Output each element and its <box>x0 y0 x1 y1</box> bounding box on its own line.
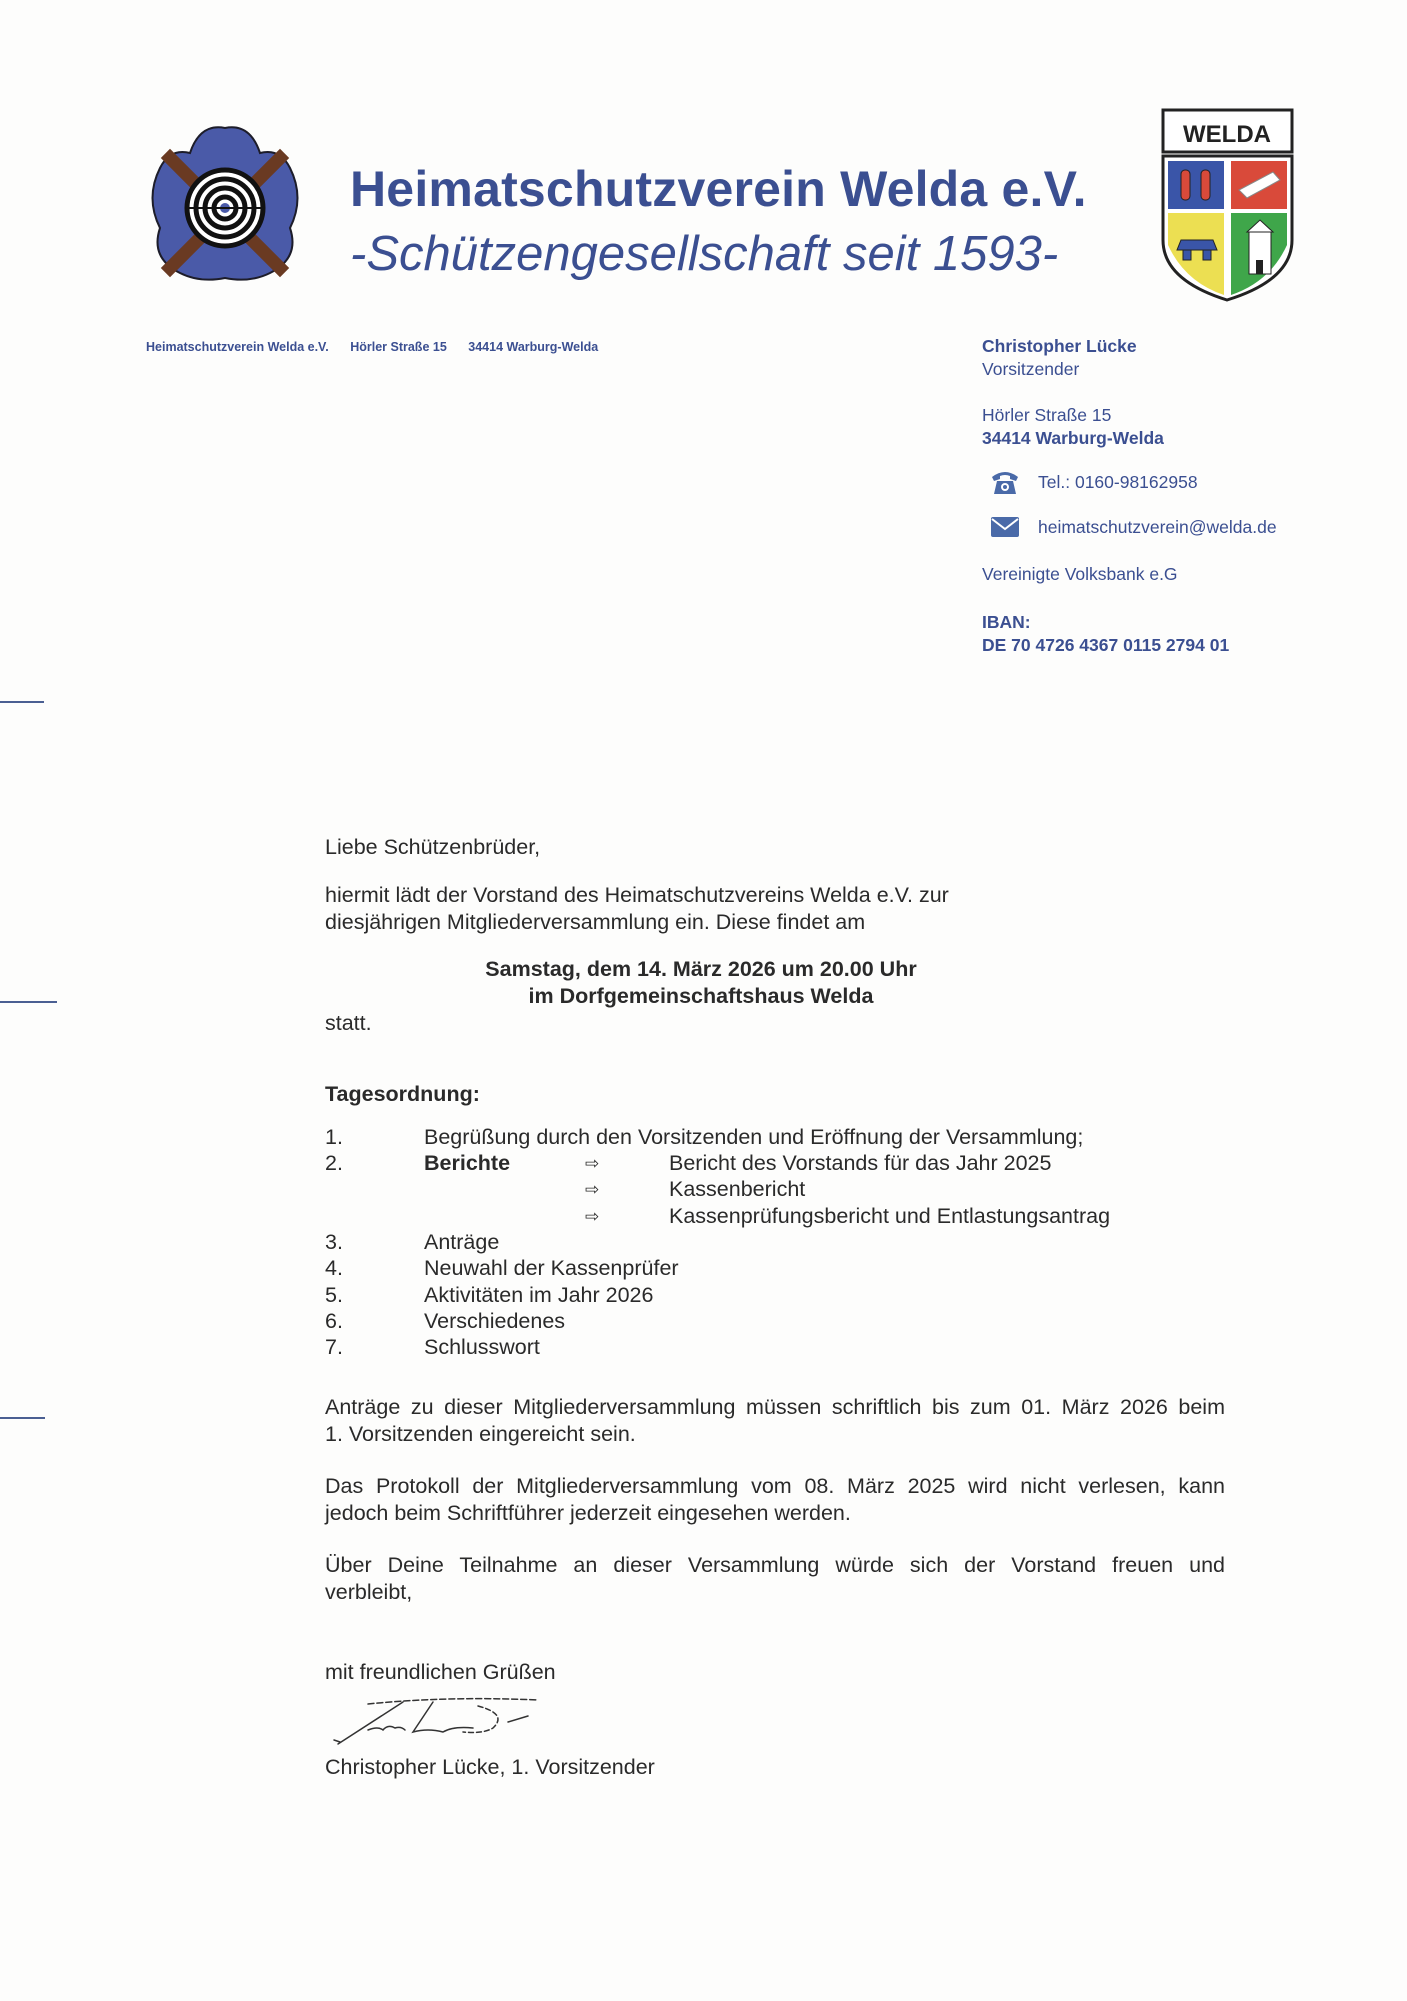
agenda-item: Anträge <box>424 1230 499 1255</box>
club-logo-icon <box>140 118 310 286</box>
paragraph-protocol-line-1: Das Protokoll der Mitgliederversammlung … <box>325 1474 1225 1499</box>
agenda-number: 2. <box>325 1151 343 1176</box>
agenda-subitem: Bericht des Vorstands für das Jahr 2025 <box>669 1151 1051 1176</box>
agenda-subitem: Kassenprüfungsbericht und Entlastungsant… <box>669 1204 1110 1229</box>
club-subtitle: -Schützengesellschaft seit 1593- <box>350 226 1058 282</box>
signature-icon <box>328 1692 548 1748</box>
fold-mark <box>0 1001 57 1003</box>
phone-number: Tel.: 0160-98162958 <box>1038 472 1198 493</box>
sender-return-address: Heimatschutzverein Welda e.V. Hörler Str… <box>146 340 616 354</box>
sender-city: 34414 Warburg-Welda <box>468 340 598 354</box>
email-address[interactable]: heimatschutzverein@welda.de <box>1038 517 1277 538</box>
closing: mit freundlichen Grüßen <box>325 1660 556 1685</box>
contact-name: Christopher Lücke <box>982 336 1137 357</box>
agenda-number: 5. <box>325 1283 343 1308</box>
paragraph-deadline-line-2: 1. Vorsitzenden eingereicht sein. <box>325 1422 1225 1447</box>
agenda-number: 4. <box>325 1256 343 1281</box>
contact-street: Hörler Straße 15 <box>982 405 1111 426</box>
arrow-right-icon: ⇨ <box>585 1180 599 1200</box>
agenda-number: 3. <box>325 1230 343 1255</box>
event-place: im Dorfgemeinschaftshaus Welda <box>325 984 1077 1009</box>
event-date: Samstag, dem 14. März 2026 um 20.00 Uhr <box>325 957 1077 982</box>
svg-text:WELDA: WELDA <box>1183 121 1271 148</box>
sender-name: Heimatschutzverein Welda e.V. <box>146 340 329 354</box>
contact-city: 34414 Warburg-Welda <box>982 428 1164 449</box>
agenda-item: Berichte <box>424 1151 510 1176</box>
agenda-number: 6. <box>325 1309 343 1334</box>
agenda-number: 7. <box>325 1335 343 1360</box>
agenda-item: Schlusswort <box>424 1335 540 1360</box>
iban-value: DE 70 4726 4367 0115 2794 01 <box>982 635 1229 656</box>
bank-name: Vereinigte Volksbank e.G <box>982 564 1178 585</box>
salutation: Liebe Schützenbrüder, <box>325 835 540 860</box>
paragraph-participation-line-1: Über Deine Teilnahme an dieser Versammlu… <box>325 1553 1225 1578</box>
paragraph-participation-line-2: verbleibt, <box>325 1580 1225 1605</box>
intro-line-2: diesjährigen Mitgliederversammlung ein. … <box>325 910 865 935</box>
fold-mark <box>0 1417 45 1419</box>
contact-email: heimatschutzverein@welda.de <box>990 516 1277 538</box>
contact-role: Vorsitzender <box>982 359 1079 380</box>
club-title: Heimatschutzverein Welda e.V. <box>350 160 1087 218</box>
envelope-icon <box>990 516 1020 538</box>
agenda-number: 1. <box>325 1125 343 1150</box>
paragraph-protocol-line-2: jedoch beim Schriftführer jederzeit eing… <box>325 1501 1225 1526</box>
welda-crest-icon: WELDA <box>1155 100 1300 305</box>
iban-label: IBAN: <box>982 612 1031 633</box>
agenda-item: Aktivitäten im Jahr 2026 <box>424 1283 653 1308</box>
signatory: Christopher Lücke, 1. Vorsitzender <box>325 1755 655 1780</box>
agenda-item: Verschiedenes <box>424 1309 565 1334</box>
statt-text: statt. <box>325 1011 372 1036</box>
intro-line-1: hiermit lädt der Vorstand des Heimatschu… <box>325 883 949 908</box>
arrow-right-icon: ⇨ <box>585 1207 599 1227</box>
paragraph-deadline-line-1: Anträge zu dieser Mitgliederversammlung … <box>325 1395 1225 1420</box>
arrow-right-icon: ⇨ <box>585 1154 599 1174</box>
agenda-title: Tagesordnung: <box>325 1082 480 1107</box>
sender-street: Hörler Straße 15 <box>350 340 447 354</box>
telephone-icon <box>990 469 1020 495</box>
contact-phone: Tel.: 0160-98162958 <box>990 469 1198 495</box>
agenda-subitem: Kassenbericht <box>669 1177 805 1202</box>
fold-mark <box>0 701 44 703</box>
agenda-item: Neuwahl der Kassenprüfer <box>424 1256 679 1281</box>
agenda-item: Begrüßung durch den Vorsitzenden und Erö… <box>424 1125 1083 1150</box>
